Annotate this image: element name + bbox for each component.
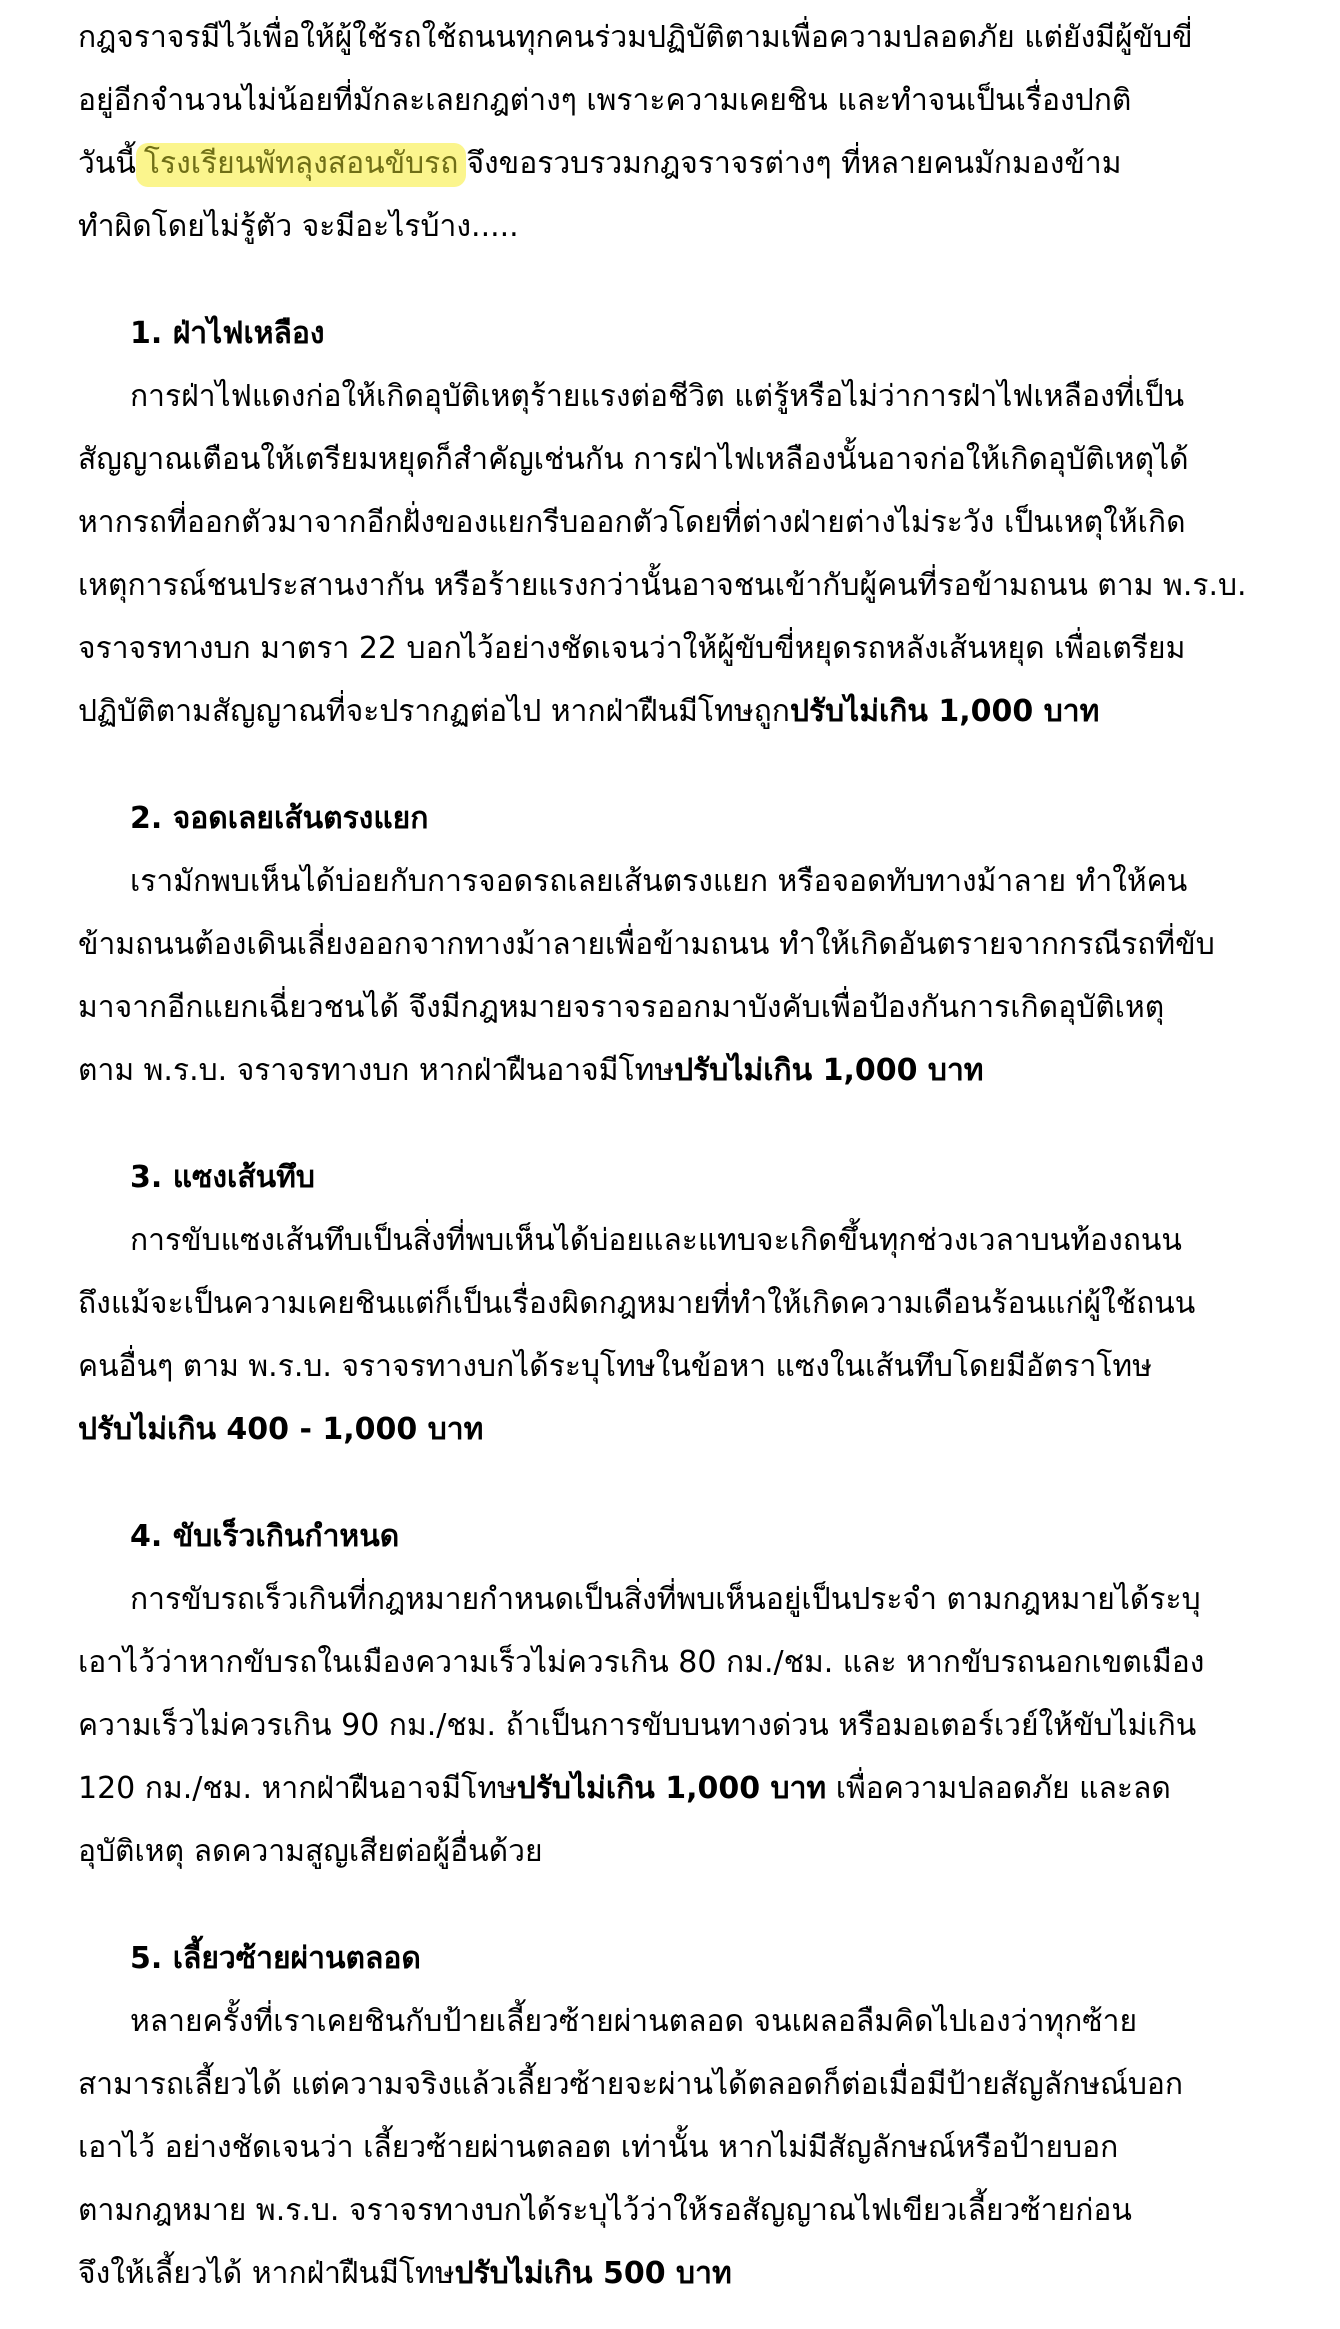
penalty-bold-text: ปรับไม่เกิน 1,000 บาท bbox=[517, 1771, 826, 1806]
text-run: หลายครั้งที่เราเคยชินกับป้ายเลี้ยวซ้ายผ่… bbox=[78, 2004, 1183, 2291]
intro-paragraph: กฎจราจรมีไว้เพื่อให้ผู้ใช้รถใช้ถนนทุกคนร… bbox=[78, 6, 1270, 258]
text-run: การฝ่าไฟแดงก่อให้เกิดอุบัติเหตุร้ายแรงต่… bbox=[78, 379, 1247, 729]
penalty-bold-text: ปรับไม่เกิน 500 บาท bbox=[455, 2256, 732, 2291]
section-stop-over-line: 2. จอดเลยเส้นตรงแยก เรามักพบเห็นได้บ่อยก… bbox=[78, 787, 1270, 1102]
section-2-paragraph: เรามักพบเห็นได้บ่อยกับการจอดรถเลยเส้นตรง… bbox=[78, 850, 1270, 1102]
section-run-yellow-light: 1. ฝ่าไฟเหลือง การฝ่าไฟแดงก่อให้เกิดอุบั… bbox=[78, 302, 1270, 743]
section-speeding: 4. ขับเร็วเกินกำหนด การขับรถเร็วเกินที่ก… bbox=[78, 1505, 1270, 1883]
section-5-paragraph: หลายครั้งที่เราเคยชินกับป้ายเลี้ยวซ้ายผ่… bbox=[78, 1990, 1270, 2305]
section-4-heading: 4. ขับเร็วเกินกำหนด bbox=[78, 1505, 1270, 1568]
section-3-paragraph: การขับแซงเส้นทึบเป็นสิ่งที่พบเห็นได้บ่อย… bbox=[78, 1209, 1270, 1461]
section-5-heading: 5. เลี้ยวซ้ายผ่านตลอด bbox=[78, 1927, 1270, 1990]
penalty-bold-text: ปรับไม่เกิน 1,000 บาท bbox=[790, 694, 1099, 729]
text-run: เรามักพบเห็นได้บ่อยกับการจอดรถเลยเส้นตรง… bbox=[78, 864, 1215, 1088]
penalty-bold-text: ปรับไม่เกิน 1,000 บาท bbox=[674, 1053, 983, 1088]
section-4-paragraph: การขับรถเร็วเกินที่กฎหมายกำหนดเป็นสิ่งที… bbox=[78, 1568, 1270, 1883]
section-2-heading: 2. จอดเลยเส้นตรงแยก bbox=[78, 787, 1270, 850]
section-overtake-solid-line: 3. แซงเส้นทึบ การขับแซงเส้นทึบเป็นสิ่งที… bbox=[78, 1146, 1270, 1461]
section-1-paragraph: การฝ่าไฟแดงก่อให้เกิดอุบัติเหตุร้ายแรงต่… bbox=[78, 365, 1270, 743]
text-run: การขับแซงเส้นทึบเป็นสิ่งที่พบเห็นได้บ่อย… bbox=[78, 1223, 1195, 1384]
penalty-bold-text: ปรับไม่เกิน 400 - 1,000 บาท bbox=[78, 1412, 483, 1447]
highlighted-school-name[interactable]: โรงเรียนพัทลุงสอนขับรถ bbox=[136, 143, 467, 187]
section-left-turn: 5. เลี้ยวซ้ายผ่านตลอด หลายครั้งที่เราเคย… bbox=[78, 1927, 1270, 2305]
section-3-heading: 3. แซงเส้นทึบ bbox=[78, 1146, 1270, 1209]
section-1-heading: 1. ฝ่าไฟเหลือง bbox=[78, 302, 1270, 365]
article-page: กฎจราจรมีไว้เพื่อให้ผู้ใช้รถใช้ถนนทุกคนร… bbox=[0, 0, 1340, 2329]
